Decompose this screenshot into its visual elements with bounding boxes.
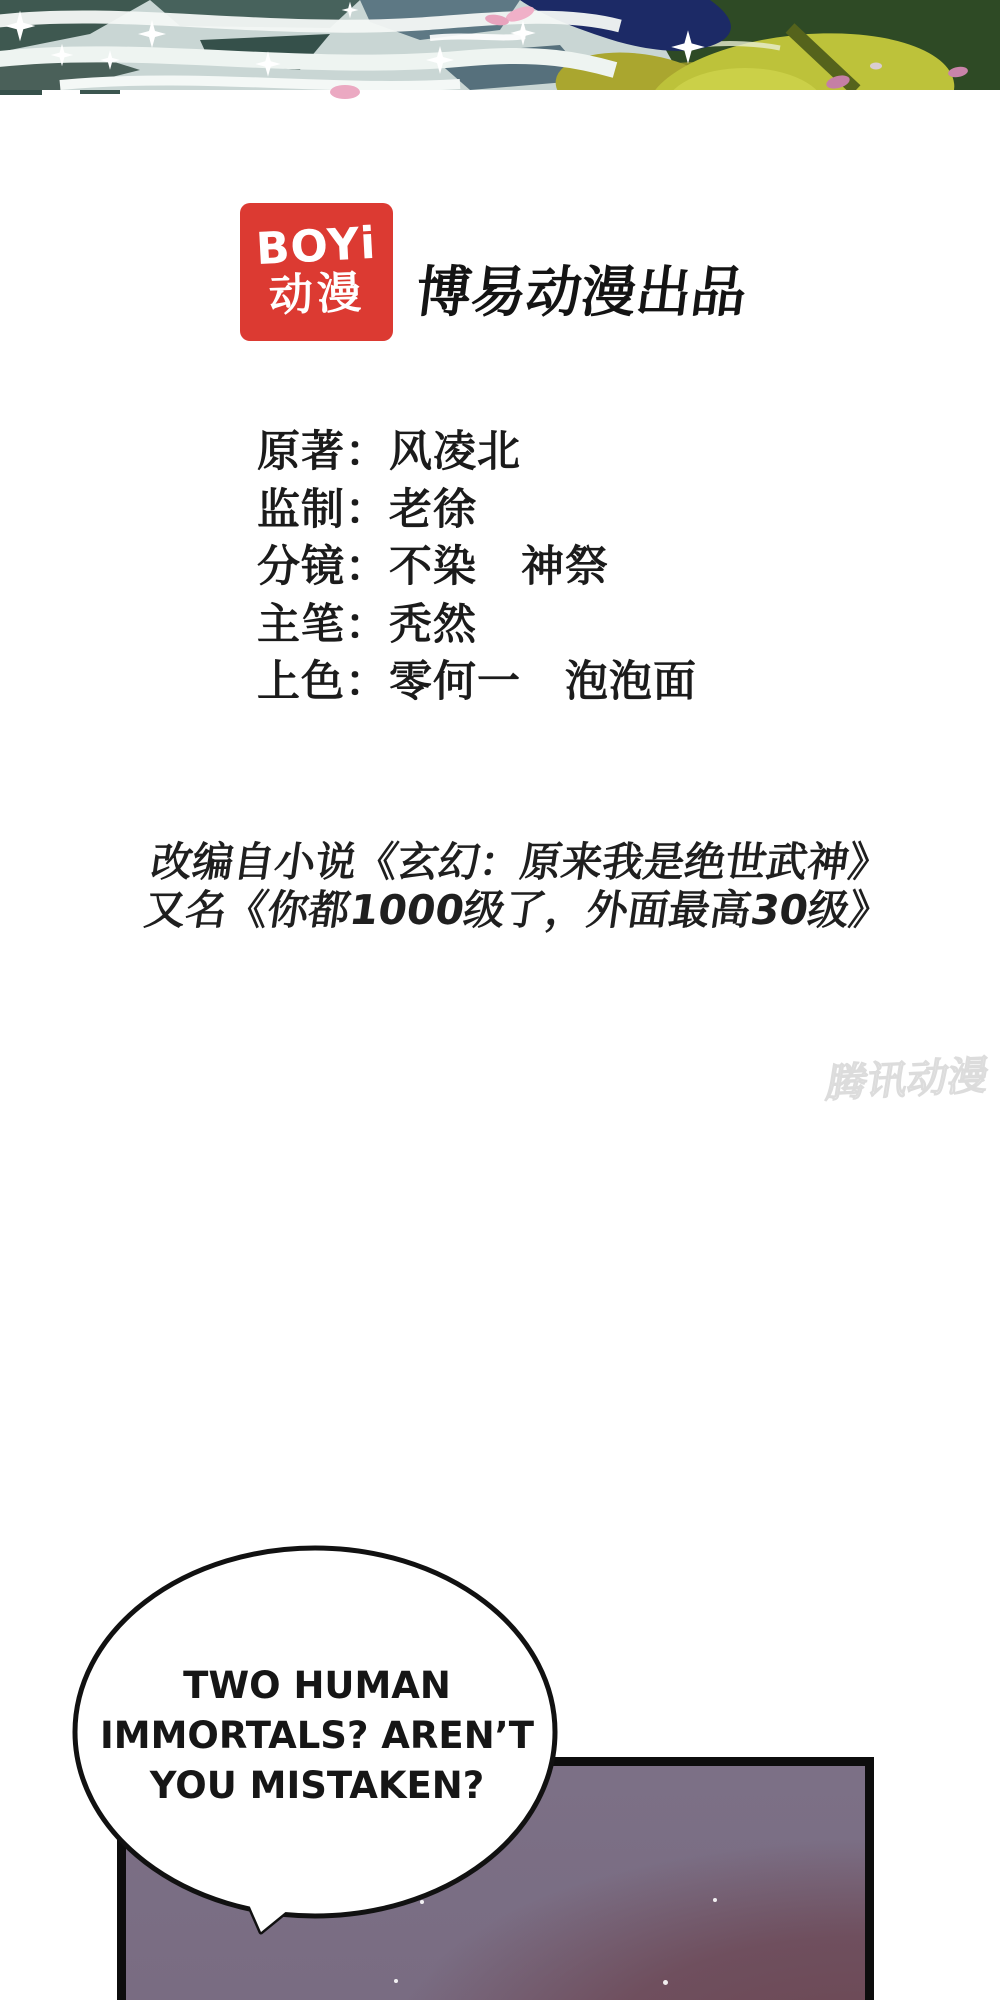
credit-line-storyboard: 分镜：不染 神祭 [257, 539, 697, 597]
adaptation-note: 改编自小说《玄幻：原来我是绝世武神》 又名《你都1000级了，外面最高30级》 [142, 838, 901, 934]
publisher-logo-subtext: 动漫 [268, 268, 366, 321]
comic-page: BOYi 动漫 博易动漫出品 原著：风凌北 监制：老徐 分镜：不染 神祭 主笔：… [0, 0, 1000, 2000]
adaptation-note-line: 改编自小说《玄幻：原来我是绝世武神》 [148, 838, 900, 886]
adaptation-note-line: 又名《你都1000级了，外面最高30级》 [142, 886, 894, 934]
publisher-byline: 博易动漫出品 [412, 248, 752, 327]
credits-block: 原著：风凌北 监制：老徐 分镜：不染 神祭 主笔：秃然 上色：零何一 泡泡面 [257, 424, 697, 712]
speech-line: TWO HUMAN [70, 1661, 564, 1711]
site-watermark: 腾讯动漫 [823, 1044, 994, 1109]
star-dot [394, 1979, 398, 1983]
credit-line-supervisor: 监制：老徐 [257, 482, 697, 540]
art-bottom-edge [0, 90, 1000, 100]
speech-line: IMMORTALS? AREN’T [70, 1711, 564, 1761]
credit-line-colorist: 上色：零何一 泡泡面 [257, 654, 697, 712]
speech-bubble-text: TWO HUMAN IMMORTALS? AREN’T YOU MISTAKEN… [70, 1661, 564, 1811]
speech-line: YOU MISTAKEN? [70, 1761, 564, 1811]
publisher-logo-badge: BOYi 动漫 [240, 203, 393, 341]
credit-line-lead-artist: 主笔：秃然 [257, 597, 697, 655]
star-dot [713, 1898, 717, 1902]
header-artwork [0, 0, 1000, 100]
credit-line-author: 原著：风凌北 [257, 424, 697, 482]
publisher-logo-text: BOYi [255, 221, 378, 273]
star-dot [663, 1980, 668, 1985]
